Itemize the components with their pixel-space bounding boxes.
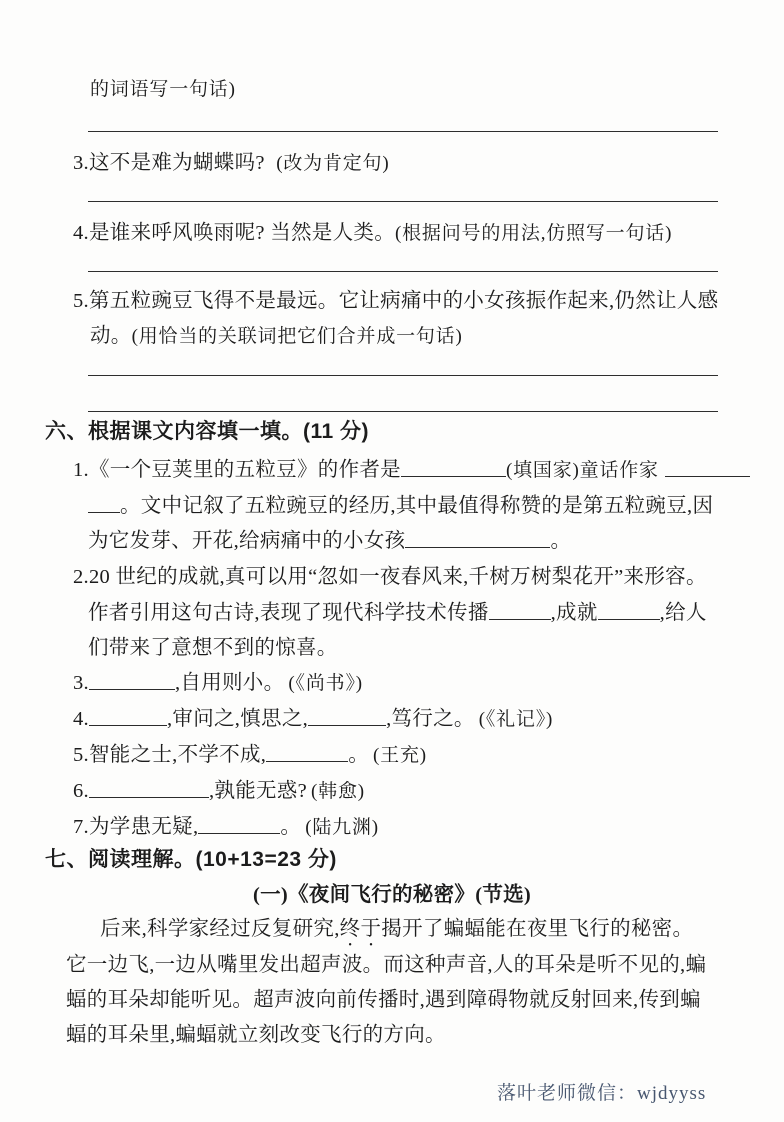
passage-line1: 后来,科学家经过反复研究,终于揭开了蝙蝠能在夜里飞行的秘密。 [100,915,693,951]
question-3: 3.这不是难为蝴蝶吗? (改为肯定句) [73,149,389,178]
question-3-hint: (改为肯定句) [276,153,389,174]
six-item-2-line2-text-a: 作者引用这句古诗,表现了现代科学技术传播 [88,602,489,624]
answer-blank [489,601,551,620]
answer-blank [198,815,280,834]
answer-blank [88,494,120,513]
six-item-7-source: (陆九渊) [305,817,379,838]
six-item-1-line2: 。文中记叙了五粒豌豆的经历,其中最值得称赞的是第五粒豌豆,因 [88,492,713,520]
six-item-5-pre: 5.智能之士,不学不成, [73,744,266,766]
answer-line [88,375,718,376]
answer-blank [405,529,550,548]
six-item-1-line3-text-b: 。 [550,530,571,552]
passage-line4: 蝠的耳朵里,蝙蝠就立刻改变飞行的方向。 [66,1021,446,1049]
six-item-7-post: 。 [280,816,301,838]
answer-blank [89,707,167,726]
six-item-3: 3.,自用则小。(《尚书》) [73,669,363,698]
six-item-2-line3: 们带来了意想不到的惊喜。 [88,634,338,662]
answer-blank [308,707,386,726]
six-item-4: 4.,审问之,慎思之,,笃行之。(《礼记》) [73,705,553,734]
question-5-line2: 动。(用恰当的关联词把它们合并成一句话) [90,322,463,351]
six-item-3-post: ,自用则小。 [175,672,284,694]
answer-line [88,201,718,202]
worksheet-page: 的词语写一句话) 3.这不是难为蝴蝶吗? (改为肯定句) 4.是谁来呼风唤雨呢?… [0,0,784,1122]
answer-blank [89,779,209,798]
six-item-1-line3: 为它发芽、开花,给病痛中的小女孩。 [88,527,571,555]
question-5-line2-text: 动。 [90,325,132,347]
six-item-4-source: (《礼记》) [479,709,553,730]
six-item-7: 7.为学患无疑,。(陆九渊) [73,813,379,842]
six-item-5-post: 。 [348,744,369,766]
question-5-line1: 5.第五粒豌豆飞得不是最远。它让病痛中的小女孩振作起来,仍然让人感 [73,287,718,315]
question-3-text: 3.这不是难为蝴蝶吗? [73,152,265,174]
six-item-2-line2: 作者引用这句古诗,表现了现代科学技术传播,成就,给人 [88,599,707,627]
section-six-heading: 六、根据课文内容填一填。(11 分) [45,418,369,446]
answer-blank [266,743,348,762]
passage-line1-text-a: 后来,科学家经过反复研究, [100,918,340,940]
six-item-6-post: ,孰能无惑? [209,780,307,802]
question-4-hint: (根据问号的用法,仿照写一句话) [395,223,672,244]
question-4-text: 4.是谁来呼风唤雨呢? 当然是人类。 [73,222,395,244]
six-item-5-source: (王充) [373,745,427,766]
passage-title: (一)《夜间飞行的秘密》(节选) [0,881,784,909]
answer-blank [89,671,175,690]
six-item-7-pre: 7.为学患无疑, [73,816,198,838]
answer-blank [665,458,750,477]
section-seven-heading: 七、阅读理解。(10+13=23 分) [45,846,337,874]
teacher-wechat-watermark: 落叶老师微信：wjdyyss [497,1078,706,1105]
answer-line [88,411,718,412]
six-item-4-mid: ,审问之,慎思之, [167,708,308,730]
six-item-1-line1-text-b: (填国家)童话作家 [506,460,659,481]
question-5-hint: (用恰当的关联词把它们合并成一句话) [132,326,463,347]
question-2-tail: 的词语写一句话) [90,76,236,104]
six-item-6: 6.,孰能无惑?(韩愈) [73,777,365,806]
six-item-6-pre: 6. [73,780,89,802]
six-item-3-source: (《尚书》) [288,673,362,694]
six-item-4-post: ,笃行之。 [386,708,475,730]
six-item-6-source: (韩愈) [311,781,365,802]
six-item-1-line1: 1.《一个豆荚里的五粒豆》的作者是(填国家)童话作家 [73,456,750,485]
answer-blank [401,458,506,477]
six-item-5: 5.智能之士,不学不成,。(王充) [73,741,427,770]
question-4: 4.是谁来呼风唤雨呢? 当然是人类。(根据问号的用法,仿照写一句话) [73,219,672,248]
passage-line2: 它一边飞,一边从嘴里发出超声波。而这种声音,人的耳朵是听不见的,蝙 [66,951,706,979]
six-item-1-line1-text-a: 1.《一个豆荚里的五粒豆》的作者是 [73,459,401,481]
passage-line3: 蝠的耳朵却能听见。超声波向前传播时,遇到障碍物就反射回来,传到蝙 [66,986,701,1014]
six-item-3-pre: 3. [73,672,89,694]
passage-line1-text-b: 揭开了蝙蝠能在夜里飞行的秘密。 [381,918,693,940]
answer-line [88,131,718,132]
six-item-4-pre: 4. [73,708,89,730]
six-item-2-line1: 2.20 世纪的成就,真可以用“忽如一夜春风来,千树万树梨花开”来形容。 [73,563,707,591]
six-item-2-line2-text-b: ,成就 [551,602,598,624]
six-item-2-line2-text-c: ,给人 [660,602,707,624]
answer-line [88,271,718,272]
six-item-1-line3-text-a: 为它发芽、开花,给病痛中的小女孩 [88,530,405,552]
six-item-1-line2-text: 。文中记叙了五粒豌豆的经历,其中最值得称赞的是第五粒豌豆,因 [120,495,713,517]
answer-blank [598,601,660,620]
passage-emphasized-word: 终于 [340,918,382,940]
